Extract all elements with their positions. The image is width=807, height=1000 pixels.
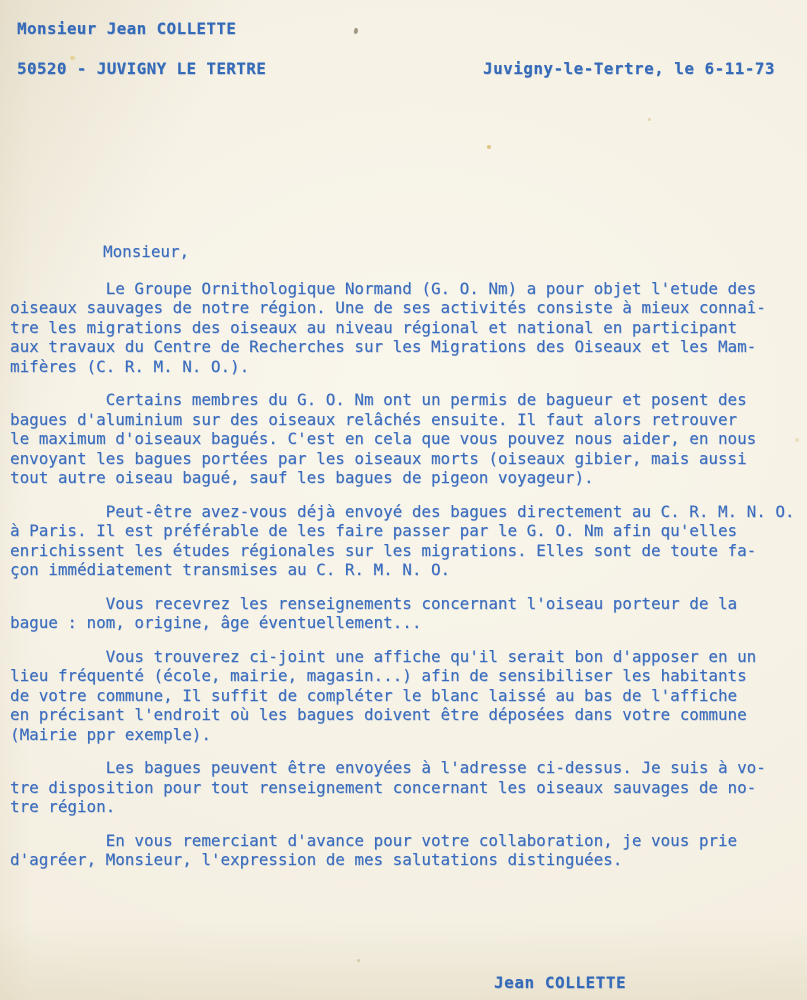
paragraph-renseignements: Vous recevrez les renseignements concern… xyxy=(10,594,804,633)
paper-speck xyxy=(353,28,358,35)
paper-speck xyxy=(357,959,360,962)
paragraph-affiche: Vous trouverez ci-joint une affiche qu'i… xyxy=(10,647,804,745)
signature: Jean COLLETTE xyxy=(494,973,626,992)
sender-name: Monsieur Jean COLLETTE xyxy=(17,19,236,38)
paragraph-group-ornithologique: Le Groupe Ornithologique Normand (G. O. … xyxy=(10,279,804,377)
paragraph-adresse: Les bagues peuvent être envoyées à l'adr… xyxy=(10,758,804,817)
paragraph-bagueurs: Certains membres du G. O. Nm ont un perm… xyxy=(10,390,804,488)
letter-page: Monsieur Jean COLLETTE 50520 - JUVIGNY L… xyxy=(0,0,807,1000)
paragraph-envoi-crmno: Peut-être avez-vous déjà envoyé des bagu… xyxy=(10,502,804,580)
paragraph-remerciements: En vous remerciant d'avance pour votre c… xyxy=(10,831,804,870)
sender-address: 50520 - JUVIGNY LE TERTRE xyxy=(17,59,266,78)
salutation: Monsieur, xyxy=(10,242,804,262)
dateline: Juvigny-le-Tertre, le 6-11-73 xyxy=(483,59,775,78)
paper-speck xyxy=(648,118,651,121)
paper-speck xyxy=(487,145,491,149)
letter-body: Monsieur, Le Groupe Ornithologique Norma… xyxy=(10,242,804,884)
